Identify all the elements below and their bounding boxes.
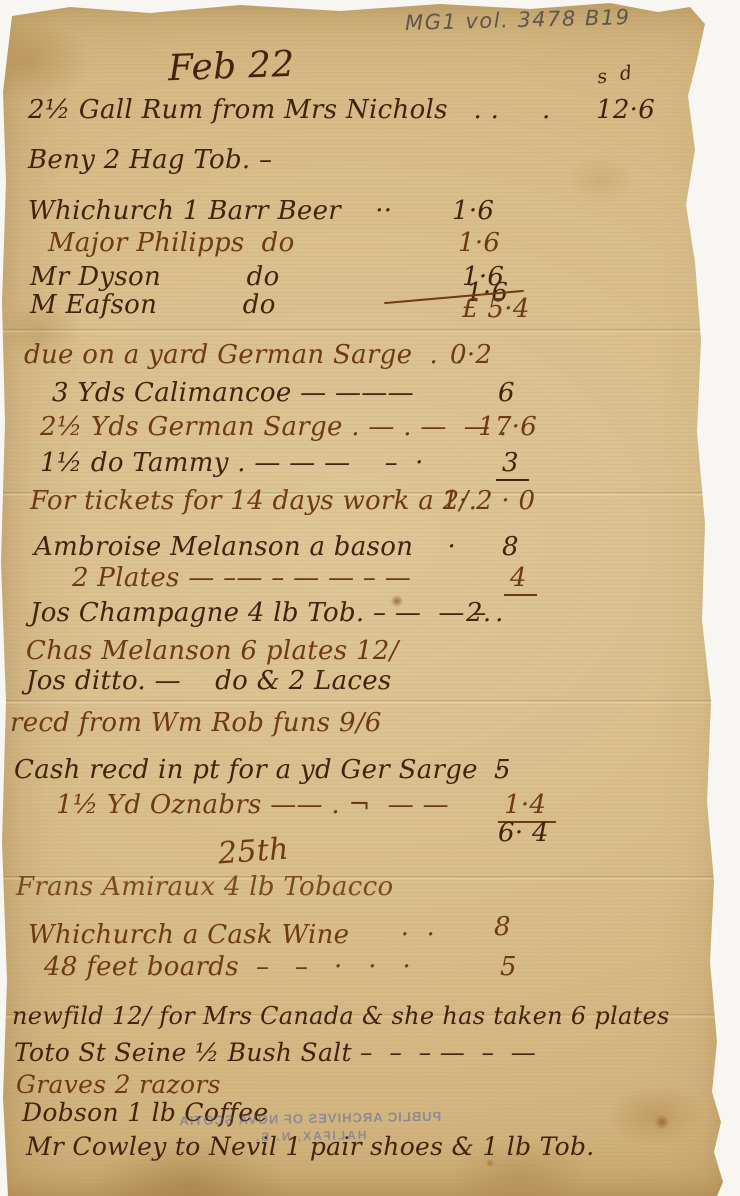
ledger-text: For tickets for 14 days work a 2/. [30,486,477,516]
ledger-line: Whichurch 1 Barr Beer ··1·6 [28,196,392,230]
ledger-text: Major Philipps do [48,228,295,258]
ledger-line: 48 feet boards – – · · ·5 [44,952,411,986]
ledger-line: 2½ Gall Rum from Mrs Nichols . . .12·6 [28,95,551,129]
ledger-text: newfild 12/ for Mrs Canada & she has tak… [12,1002,670,1030]
ledger-amount: 5 [494,755,511,785]
ledger-line: Chas Melanson 6 plates 12/ [26,636,399,670]
ledger-line: Frans Amiraux 4 lb Tobacco [16,872,393,906]
date-heading: Feb 22 [167,44,295,82]
ledger-line: Cash recd in pt for a yd Ger Sarge ·5 [14,755,504,789]
ledger-line: 1½ Yd Oznabrs —— . ¬ — —1·4 [56,790,449,824]
date-heading-25th: 25th [217,832,290,871]
ledger-line: Whichurch a Cask Wine · ·8 [28,920,435,954]
ledger-text: 48 feet boards – – · · · [44,952,411,982]
ledger-text: Toto St Seine ½ Bush Salt – – – — – — [14,1038,536,1067]
ledger-text: 2 Plates — –— – — — – — [72,563,411,593]
ledger-amount: 1· 2 · 0 [442,486,535,516]
ledger-text: Graves 2 razors [16,1070,221,1099]
manuscript-page: MG1 vol. 3478 B19 Feb 22s d2½ Gall Rum f… [0,0,740,1196]
ledger-text: 2½ Gall Rum from Mrs Nichols . . . [28,95,551,125]
ledger-line: Ambroise Melanson a bason ·8 [34,532,456,566]
ledger-text: recd from Wm Rob funs 9/6 [10,708,382,738]
ledger-text: Frans Amiraux 4 lb Tobacco [16,872,393,902]
ledger-amount: 3 [496,448,529,481]
ledger-line: recd from Wm Rob funs 9/6 [10,708,382,742]
ledger-text: Jos Champagne 4 lb Tob. – — — – . [30,598,504,628]
ledger-text: Feb 22 [167,44,295,89]
ledger-text: Chas Melanson 6 plates 12/ [26,636,399,666]
ledger-line: M Eafson do1·6 [30,290,276,324]
ledger-line: For tickets for 14 days work a 2/.1· 2 ·… [30,486,477,520]
archives-stamp: PUBLIC ARCHIVES OF NOVA SCOTIA HALIFAX, … [150,1107,471,1148]
ledger-amount: 8 [494,912,511,942]
ledger-line: due on a yard German Sarge . .0·2 [24,340,464,374]
ledger-text: Beny 2 Hag Tob. – [28,145,272,175]
ledger-text: Cash recd in pt for a yd Ger Sarge · [14,755,504,785]
ledger-text: due on a yard German Sarge . . [24,340,464,370]
ledger-amount: 12·6 [596,95,655,125]
ledger-line: Toto St Seine ½ Bush Salt – – – — – — [14,1038,536,1072]
ledger-amount: 4 [504,563,537,596]
ledger-text: 1½ Yd Oznabrs —— . ¬ — — [56,790,449,820]
ledger-line: Major Philipps do1·6 [48,228,295,262]
ledger-text: s d [596,62,634,89]
ledger-amount: 1·6 [458,228,500,258]
ledger-amount: £ 5·4 [462,294,530,324]
ledger-line: 1½ do Tammy . — — — – ·3 [40,448,424,482]
ledger-line: 2 Plates — –— – — — – —4 [72,563,411,597]
ledger-line: Jos Champagne 4 lb Tob. – — — – .2. [30,598,504,632]
ledger-amount: 17·6 [478,412,537,442]
ledger-text: Whichurch 1 Barr Beer ·· [28,196,392,226]
ledger-line: Jos ditto. — do & 2 Laces [26,666,392,700]
ledger-amount: 1·6 [452,196,494,226]
ledger-text: Ambroise Melanson a bason · [34,532,456,562]
ledger-entries: Feb 22s d2½ Gall Rum from Mrs Nichols . … [0,0,740,1196]
ledger-amount: 6· 4 [498,818,549,848]
ledger-text: Whichurch a Cask Wine · · [28,920,435,950]
ledger-amount: 8 [502,532,519,562]
ledger-text: Jos ditto. — do & 2 Laces [26,666,392,696]
ledger-line: 3 Yds Calimancoe — ———6 [52,378,414,412]
ledger-amount: 5 [500,952,517,982]
ledger-line: Beny 2 Hag Tob. – [28,145,272,179]
ledger-line: 2½ Yds German Sarge . — . — — .17·6 [40,412,507,446]
ledger-text: 2½ Yds German Sarge . — . — — . [40,412,507,442]
ledger-text: 25th [217,832,290,872]
ledger-amount: 6 [498,378,515,408]
ledger-amount: 2. [466,598,491,628]
ledger-line: newfild 12/ for Mrs Canada & she has tak… [12,1002,670,1036]
ledger-amount: 0·2 [450,340,492,370]
ledger-text: 3 Yds Calimancoe — ——— [52,378,414,408]
ledger-text: Mr Dyson do [30,262,280,292]
ledger-text: 1½ do Tammy . — — — – · [40,448,424,478]
ledger-text: M Eafson do [30,290,276,320]
